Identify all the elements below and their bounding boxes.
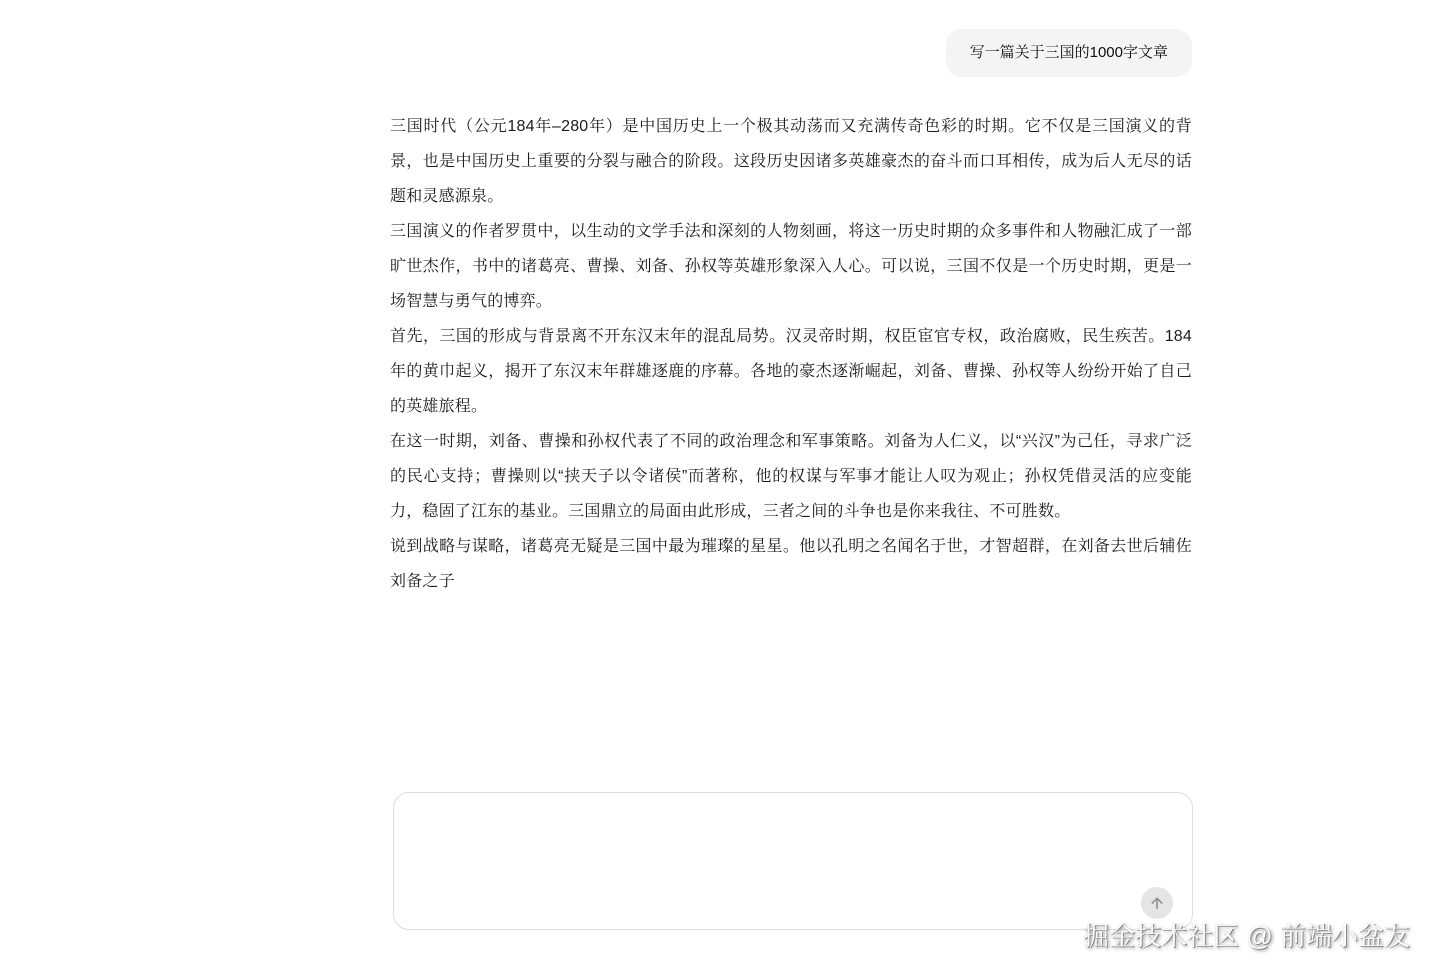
message-input[interactable]	[394, 793, 1192, 929]
composer	[393, 792, 1193, 930]
send-button[interactable]	[1141, 887, 1173, 919]
user-message-row: 写一篇关于三国的1000字文章	[390, 29, 1192, 77]
assistant-paragraph: 三国时代（公元184年–280年）是中国历史上一个极其动荡而又充满传奇色彩的时期…	[390, 109, 1192, 214]
user-message-bubble: 写一篇关于三国的1000字文章	[946, 29, 1192, 77]
assistant-paragraph: 在这一时期，刘备、曹操和孙权代表了不同的政治理念和军事策略。刘备为人仁义，以“兴…	[390, 424, 1192, 529]
assistant-paragraph: 首先，三国的形成与背景离不开东汉末年的混乱局势。汉灵帝时期，权臣宦官专权，政治腐…	[390, 319, 1192, 424]
chat-thread: 写一篇关于三国的1000字文章 三国时代（公元184年–280年）是中国历史上一…	[390, 0, 1192, 599]
assistant-message: 三国时代（公元184年–280年）是中国历史上一个极其动荡而又充满传奇色彩的时期…	[390, 109, 1192, 599]
assistant-paragraph: 说到战略与谋略，诸葛亮无疑是三国中最为璀璨的星星。他以孔明之名闻名于世，才智超群…	[390, 529, 1192, 599]
arrow-up-icon	[1149, 895, 1165, 911]
chat-app: 写一篇关于三国的1000字文章 三国时代（公元184年–280年）是中国历史上一…	[0, 0, 1434, 975]
assistant-paragraph: 三国演义的作者罗贯中，以生动的文学手法和深刻的人物刻画，将这一历史时期的众多事件…	[390, 214, 1192, 319]
